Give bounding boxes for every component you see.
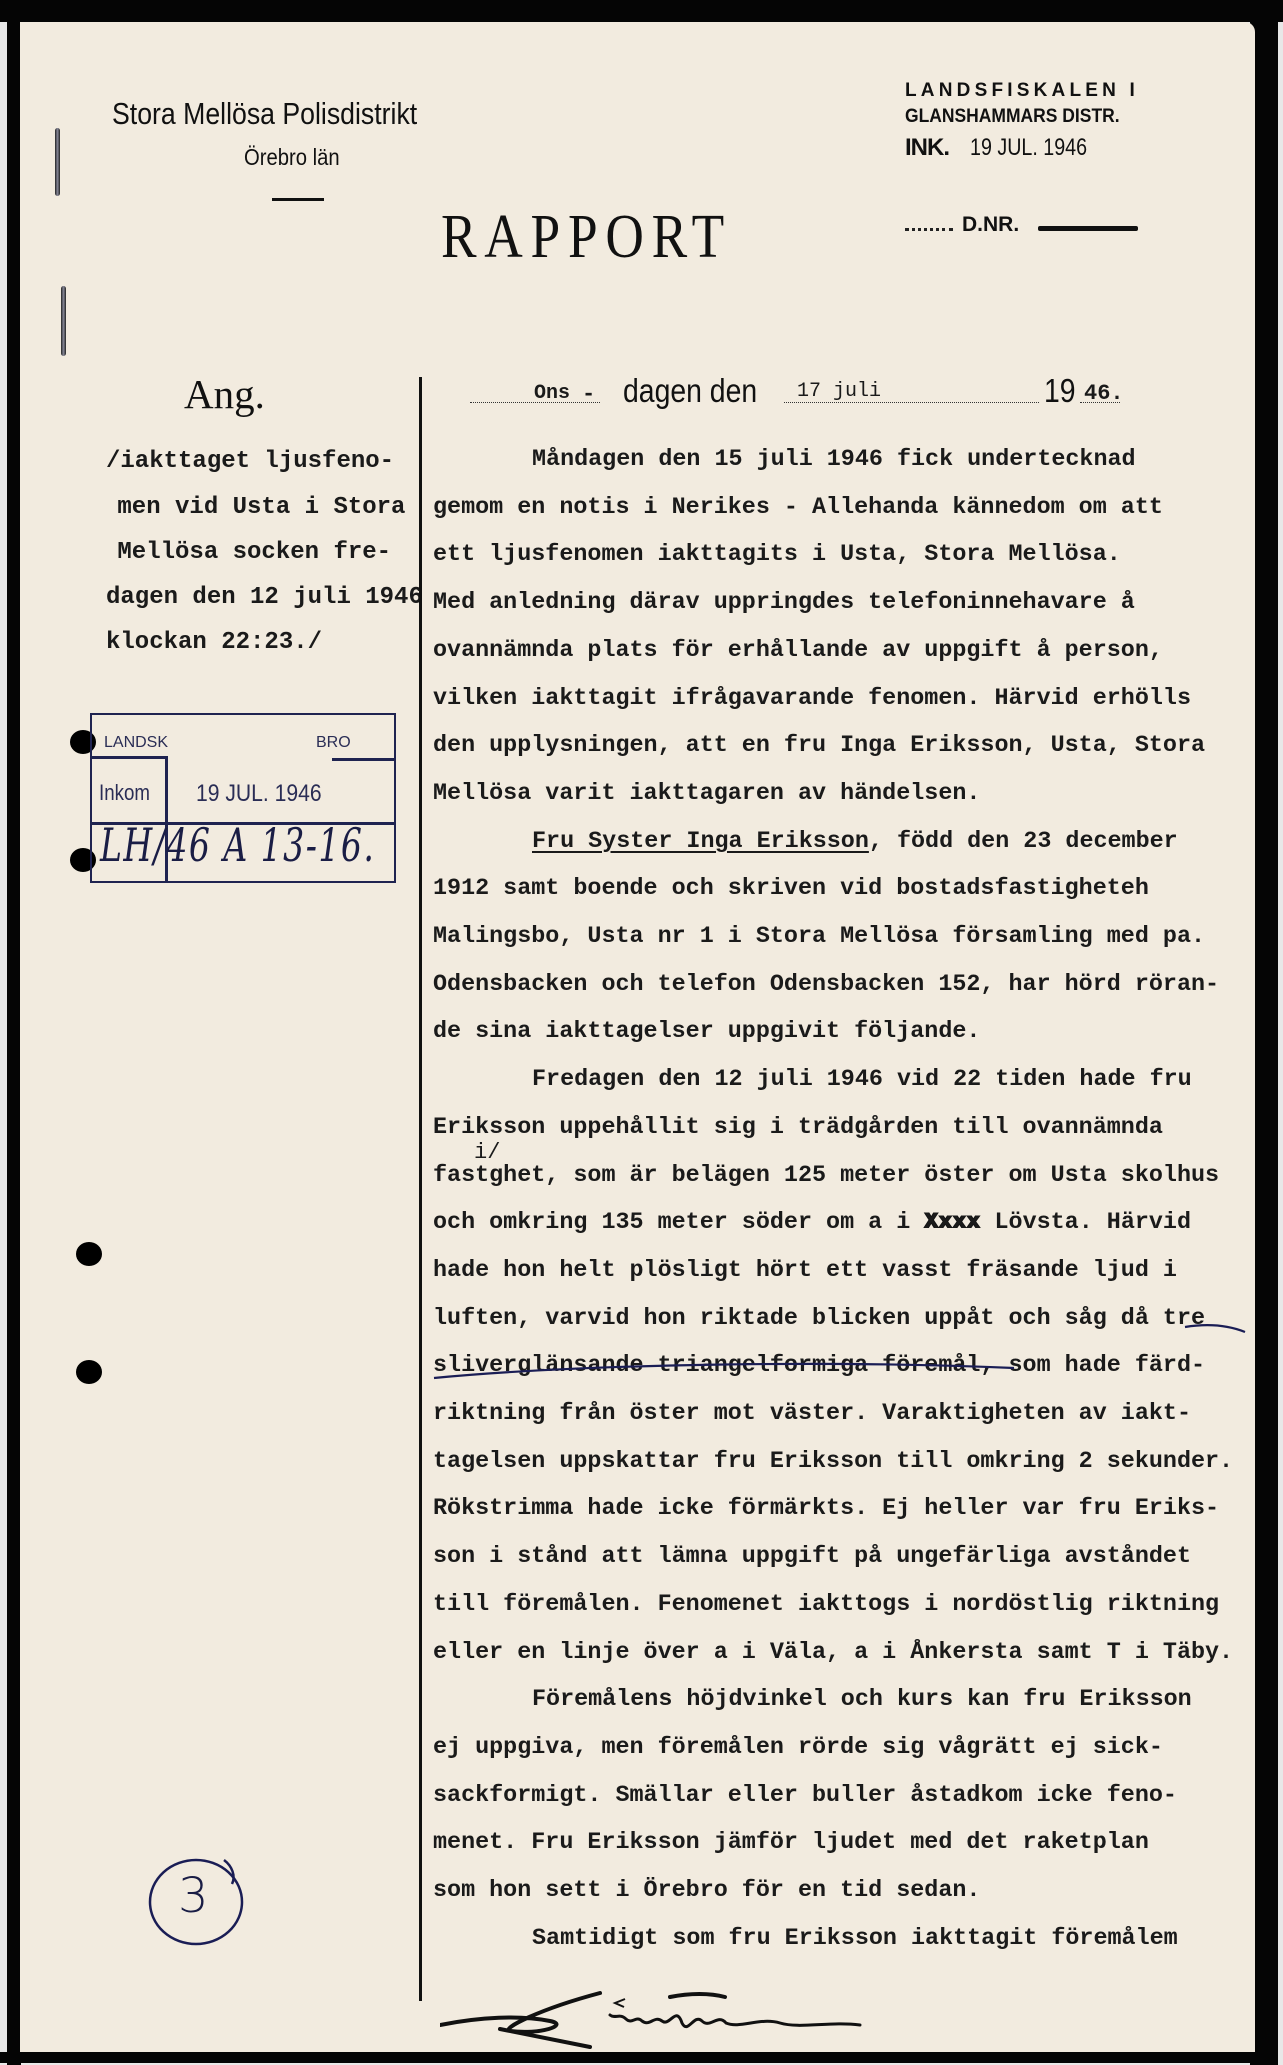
date-dagen-den: dagen den (623, 372, 757, 410)
body-line: gemom en notis i Nerikes - Allehanda kän… (433, 497, 1163, 520)
subject-line: dagen den 12 juli 1946 (106, 586, 423, 610)
struck-out-word: Xxxx (924, 1210, 980, 1236)
dnr-field (1038, 226, 1138, 231)
body-line: son i stånd att lämna uppgift på ungefär… (433, 1546, 1191, 1569)
letterhead-divider (272, 198, 324, 201)
body-line: tagelsen uppskattar fru Eriksson till om… (433, 1451, 1233, 1474)
stamp-office-line: LANDSFISKALEN I (905, 80, 1139, 102)
body-line: Föremålens höjdvinkel och kurs kan fru E… (532, 1689, 1192, 1712)
body-line: Fredagen den 12 juli 1946 vid 22 tiden h… (532, 1069, 1192, 1092)
body-line: fastghet, som är belägen 125 meter öster… (433, 1165, 1219, 1188)
date-year: 46. (1084, 383, 1124, 405)
county-name: Örebro län (244, 144, 340, 171)
subject-line: /iakttaget ljusfeno- (106, 450, 394, 474)
dnr-label: D.NR. (962, 213, 1019, 237)
report-title: RAPPORT (441, 202, 732, 273)
staple-icon (61, 286, 66, 356)
punch-hole-icon (76, 1360, 102, 1384)
district-name: Stora Mellösa Polisdistrikt (112, 96, 417, 132)
subject-heading: Ang. (184, 370, 265, 418)
date-separator: - (582, 384, 595, 406)
body-line: Måndagen den 15 juli 1946 fick underteck… (532, 449, 1136, 472)
body-line: hade hon helt plösligt hört ett vasst fr… (433, 1260, 1177, 1283)
body-line: ej uppgiva, men föremålen rörde sig vågr… (433, 1737, 1163, 1760)
date-day-month: 17 juli (797, 382, 881, 402)
body-line: vilken iakttagit ifrågavarande fenomen. … (433, 688, 1191, 711)
body-line: till föremålen. Fenomenet iakttogs i nor… (433, 1594, 1219, 1617)
subject-line: men vid Usta i Stora (103, 496, 405, 520)
handwritten-reference: LH/46 A 13-16. (100, 818, 375, 872)
page-number: 3 (178, 1868, 209, 1924)
stamp-header-right: BRO (316, 734, 351, 752)
body-line: Mellösa varit iakttagaren av händelsen. (433, 783, 980, 806)
body-line: och omkring 135 meter söder om a i Xxxx … (433, 1212, 1191, 1235)
body-line: Eriksson uppehållit sig i trädgården til… (433, 1117, 1163, 1140)
dnr-leader-left (905, 228, 953, 231)
body-line: sackformigt. Smällar eller buller åstadk… (433, 1785, 1177, 1808)
body-line: ett ljusfenomen iakttagits i Usta, Stora… (433, 544, 1121, 567)
stamp-header-left: LANDSK (104, 734, 168, 752)
stamp-rule (332, 758, 396, 761)
stamp-district-line: GLANSHAMMARS DISTR. (905, 106, 1120, 128)
column-divider (419, 377, 422, 2001)
body-line: Fru Syster Inga Eriksson, född den 23 de… (532, 831, 1178, 854)
body-line: de sina iakttagelser uppgivit följande. (433, 1021, 980, 1044)
body-line: som hon sett i Örebro för en tid sedan. (433, 1880, 980, 1903)
pen-underline (430, 1320, 1250, 1380)
date-weekday: Ons (534, 384, 570, 404)
subject-line: Mellösa socken fre- (103, 541, 391, 565)
stamp-ink-label: INK. (905, 134, 949, 162)
scan-border-top (0, 0, 1283, 22)
body-line: Rökstrimma hade icke förmärkts. Ej helle… (433, 1498, 1219, 1521)
stamp-ink-date: 19 JUL. 1946 (970, 134, 1087, 162)
stamp-rule (90, 756, 168, 759)
signature: Länsfiskalen (440, 1985, 890, 2050)
underlined-witness-name: Fru Syster Inga Eriksson (532, 829, 869, 855)
body-line: den upplysningen, att en fru Inga Erikss… (433, 735, 1205, 758)
body-line: eller en linje över a i Väla, a i Ånkers… (433, 1642, 1233, 1665)
body-line: Med anledning därav uppringdes telefonin… (433, 592, 1135, 615)
body-line: Odensbacken och telefon Odensbacken 152,… (433, 974, 1219, 997)
punch-hole-icon (76, 1242, 102, 1266)
body-line: 1912 samt boende och skriven vid bostads… (433, 878, 1149, 901)
body-line: Samtidigt som fru Eriksson iakttagit för… (532, 1928, 1178, 1951)
scan-border-left (7, 0, 21, 2065)
scan-border-bottom (0, 2052, 1278, 2063)
stamp-inkom-date: 19 JUL. 1946 (196, 780, 322, 808)
subject-line: klockan 22:23./ (106, 631, 322, 655)
body-line: ovannämnda plats för erhållande av uppgi… (433, 640, 1163, 663)
body-line: menet. Fru Eriksson jämför ljudet med de… (433, 1832, 1149, 1855)
body-line: riktning från öster mot väster. Varaktig… (433, 1403, 1191, 1426)
body-line: Malingsbo, Usta nr 1 i Stora Mellösa för… (433, 926, 1205, 949)
interlinear-insert: i/ (474, 1142, 500, 1164)
stamp-inkom-label: Inkom (99, 780, 150, 806)
staple-icon (55, 128, 60, 196)
date-century: 19 (1044, 372, 1076, 410)
